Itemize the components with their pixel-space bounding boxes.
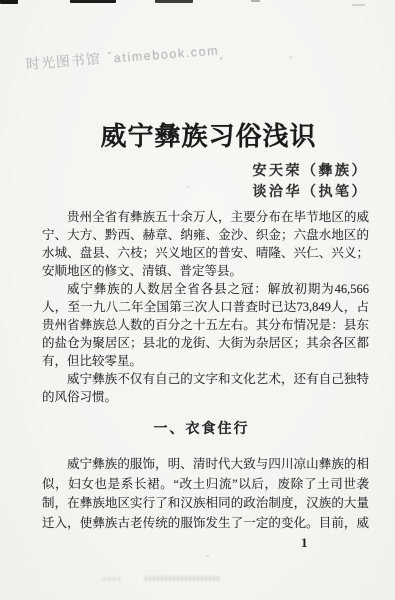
- body-line: 水城、盘县、六枝；兴义地区的普安、晴隆、兴仁、兴义；: [42, 244, 369, 262]
- scan-speck: [186, 186, 189, 188]
- author-line: 谈洽华（执笔）: [253, 182, 369, 203]
- scanned-book-page: 时光图书馆-atimebook.com, 威宁彝族习俗浅识 安天荣（彝族） 谈洽…: [0, 0, 395, 600]
- body-line: 威宁彝族的服饰，明、清时代大致与四川凉山彝族的相: [42, 455, 369, 475]
- scan-edge-artifact: [251, 0, 260, 2]
- scan-edge-artifact: [70, 0, 116, 3]
- watermark-chinese-text: 时光图书馆: [26, 52, 102, 73]
- scan-edge-artifact: [352, 4, 365, 6]
- scan-speck: [289, 56, 293, 59]
- page-bleed-through: [145, 576, 219, 581]
- body-line: 威宁彝族不仅有自己的文字和文化艺术，还有自己独特: [42, 370, 369, 388]
- scan-speck: [206, 555, 209, 557]
- watermark-dash-mark: -: [107, 45, 112, 59]
- body-line: 制，在彝族地区实行了和汉族相同的政治制度，汉族的大量: [42, 494, 369, 514]
- body-text-block-2: 威宁彝族的服饰，明、清时代大致与四川凉山彝族的相 似，妇女也是系长裙。“改土归流…: [42, 455, 369, 533]
- body-line: 贵州省彝族总人数的百分之十五左右。其分布情况是：县东: [42, 316, 369, 334]
- scan-edge-artifact: [155, 0, 193, 3]
- section-heading: 一、衣食住行: [4, 418, 395, 438]
- body-line: 的盐仓为聚居区；县北的龙街、大街为杂居区；其余各区都: [42, 334, 369, 352]
- body-line: 人，至一九八二年全国第三次人口普查时已达73,849人，占: [42, 298, 369, 316]
- page-bleed-through: [103, 577, 121, 581]
- body-line: 的风俗习惯。: [42, 388, 369, 406]
- author-line: 安天荣（彝族）: [253, 161, 369, 182]
- body-line: 迁入，使彝族古老传统的服饰发生了一定的变化。目前，威: [42, 514, 369, 534]
- body-text-block-1: 贵州全省有彝族五十余万人，主要分布在毕节地区的威 宁、大方、黔西、赫章、纳雍、金…: [42, 208, 369, 406]
- watermark-tick-mark: ,: [219, 47, 223, 61]
- page-title: 威宁彝族习俗浅识: [11, 116, 395, 153]
- body-line: 贵州全省有彝族五十余万人，主要分布在毕节地区的威: [42, 208, 369, 226]
- library-watermark: 时光图书馆-atimebook.com,: [25, 39, 223, 74]
- page-number: 1: [301, 535, 308, 551]
- watermark-site-text: atimebook.com: [113, 44, 219, 66]
- body-line: 威宁彝族的人数居全省各县之冠：解放初期为46,566: [42, 280, 369, 298]
- body-line: 似，妇女也是系长裙。“改土归流”以后，废除了土司世袭: [42, 475, 369, 495]
- author-block: 安天荣（彝族） 谈洽华（执笔）: [253, 161, 369, 203]
- scan-edge-artifact: [0, 0, 18, 4]
- body-line: 有，但比较零星。: [42, 352, 369, 370]
- body-line: 安顺地区的修文、清镇、普定等县。: [42, 262, 369, 280]
- body-line: 宁、大方、黔西、赫章、纳雍、金沙、织金；六盘水地区的: [42, 226, 369, 244]
